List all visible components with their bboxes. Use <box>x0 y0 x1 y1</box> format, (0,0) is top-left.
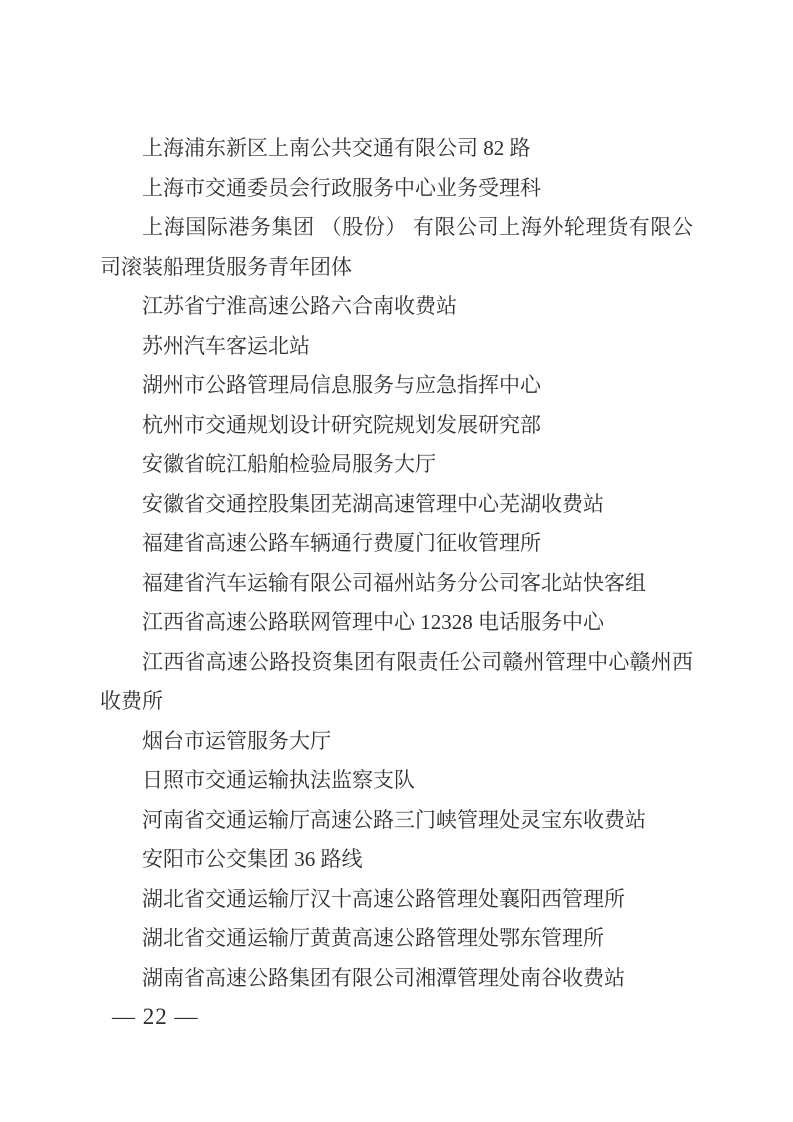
paragraph: 上海国际港务集团 （股份） 有限公司上海外轮理货有限公司滚装船理货服务青年团体 <box>100 208 693 287</box>
paragraph: 安徽省皖江船舶检验局服务大厅 <box>100 445 693 485</box>
paragraph: 湖北省交通运输厅汉十高速公路管理处襄阳西管理所 <box>100 880 693 920</box>
paragraph: 湖州市公路管理局信息服务与应急指挥中心 <box>100 366 693 406</box>
paragraph: 湖南省高速公路集团有限公司湘潭管理处南谷收费站 <box>100 959 693 999</box>
page-number: — 22 — <box>112 1003 199 1031</box>
paragraph: 杭州市交通规划设计研究院规划发展研究部 <box>100 406 693 446</box>
paragraph: 江西省高速公路联网管理中心 12328 电话服务中心 <box>100 603 693 643</box>
paragraph: 烟台市运管服务大厅 <box>100 722 693 762</box>
paragraph: 福建省高速公路车辆通行费厦门征收管理所 <box>100 524 693 564</box>
paragraph: 江苏省宁淮高速公路六合南收费站 <box>100 287 693 327</box>
paragraph: 江西省高速公路投资集团有限责任公司赣州管理中心赣州西收费所 <box>100 643 693 722</box>
document-body: 上海浦东新区上南公共交通有限公司 82 路 上海市交通委员会行政服务中心业务受理… <box>100 129 693 998</box>
paragraph: 湖北省交通运输厅黄黄高速公路管理处鄂东管理所 <box>100 919 693 959</box>
paragraph: 苏州汽车客运北站 <box>100 327 693 367</box>
paragraph: 上海浦东新区上南公共交通有限公司 82 路 <box>100 129 693 169</box>
document-page: 上海浦东新区上南公共交通有限公司 82 路 上海市交通委员会行政服务中心业务受理… <box>0 0 793 1122</box>
paragraph: 日照市交通运输执法监察支队 <box>100 761 693 801</box>
paragraph: 安徽省交通控股集团芜湖高速管理中心芜湖收费站 <box>100 485 693 525</box>
paragraph: 上海市交通委员会行政服务中心业务受理科 <box>100 169 693 209</box>
paragraph: 安阳市公交集团 36 路线 <box>100 840 693 880</box>
paragraph: 福建省汽车运输有限公司福州站务分公司客北站快客组 <box>100 564 693 604</box>
paragraph: 河南省交通运输厅高速公路三门峡管理处灵宝东收费站 <box>100 801 693 841</box>
